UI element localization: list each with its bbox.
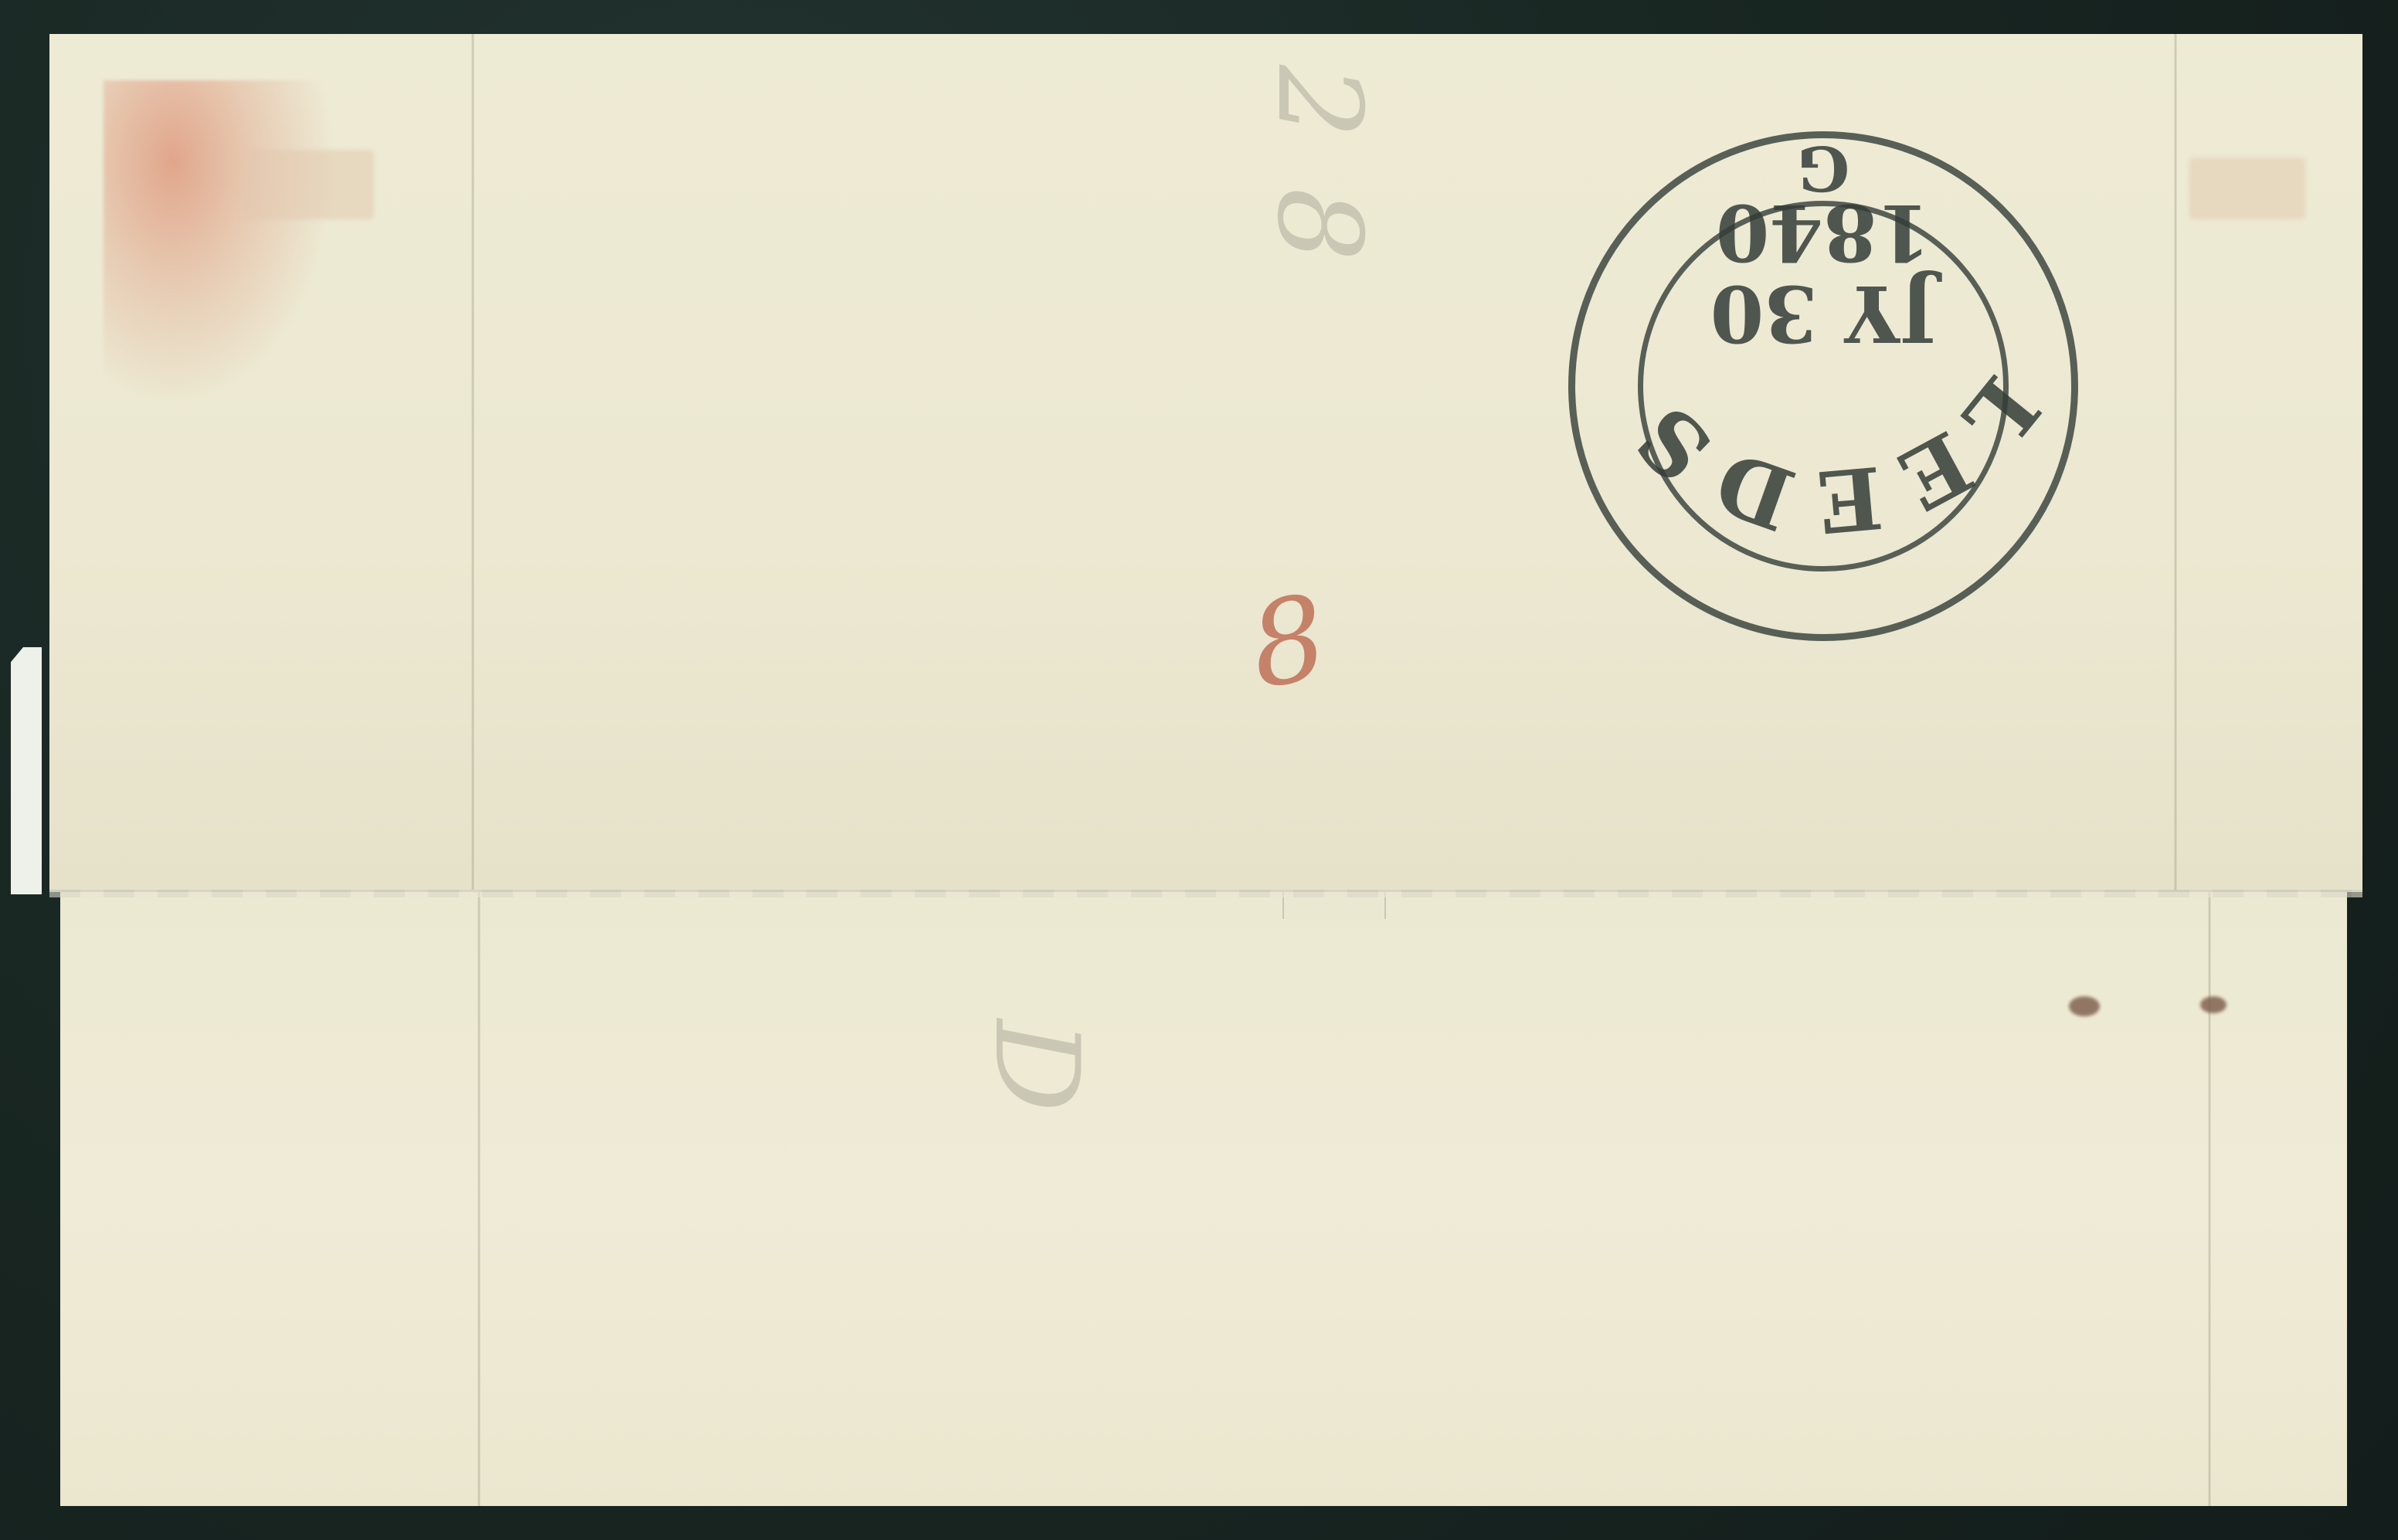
fold-line — [471, 34, 474, 890]
leeds-datestamp: LEEDS JY 30 1840 G — [1553, 116, 2094, 656]
hinge-remnant — [2189, 158, 2305, 219]
letter-lower-panel: D — [60, 888, 2347, 1506]
fold-line — [2174, 34, 2177, 890]
postmark-date: JY 30 — [1553, 268, 2094, 359]
red-ink-stain — [104, 80, 335, 405]
show-through-handwriting: 2 8 — [1252, 65, 1386, 268]
hinge-remnant — [243, 150, 374, 219]
ink-spot — [2200, 996, 2226, 1013]
ink-spot — [2069, 996, 2100, 1016]
show-through-handwriting: D — [969, 1019, 1103, 1118]
mount-corner — [11, 647, 42, 894]
postmark-code: G — [1553, 132, 2094, 205]
svg-text:LEEDS: LEEDS — [1608, 358, 2059, 553]
fold-line — [2208, 888, 2211, 1506]
fold-line — [477, 888, 481, 1506]
